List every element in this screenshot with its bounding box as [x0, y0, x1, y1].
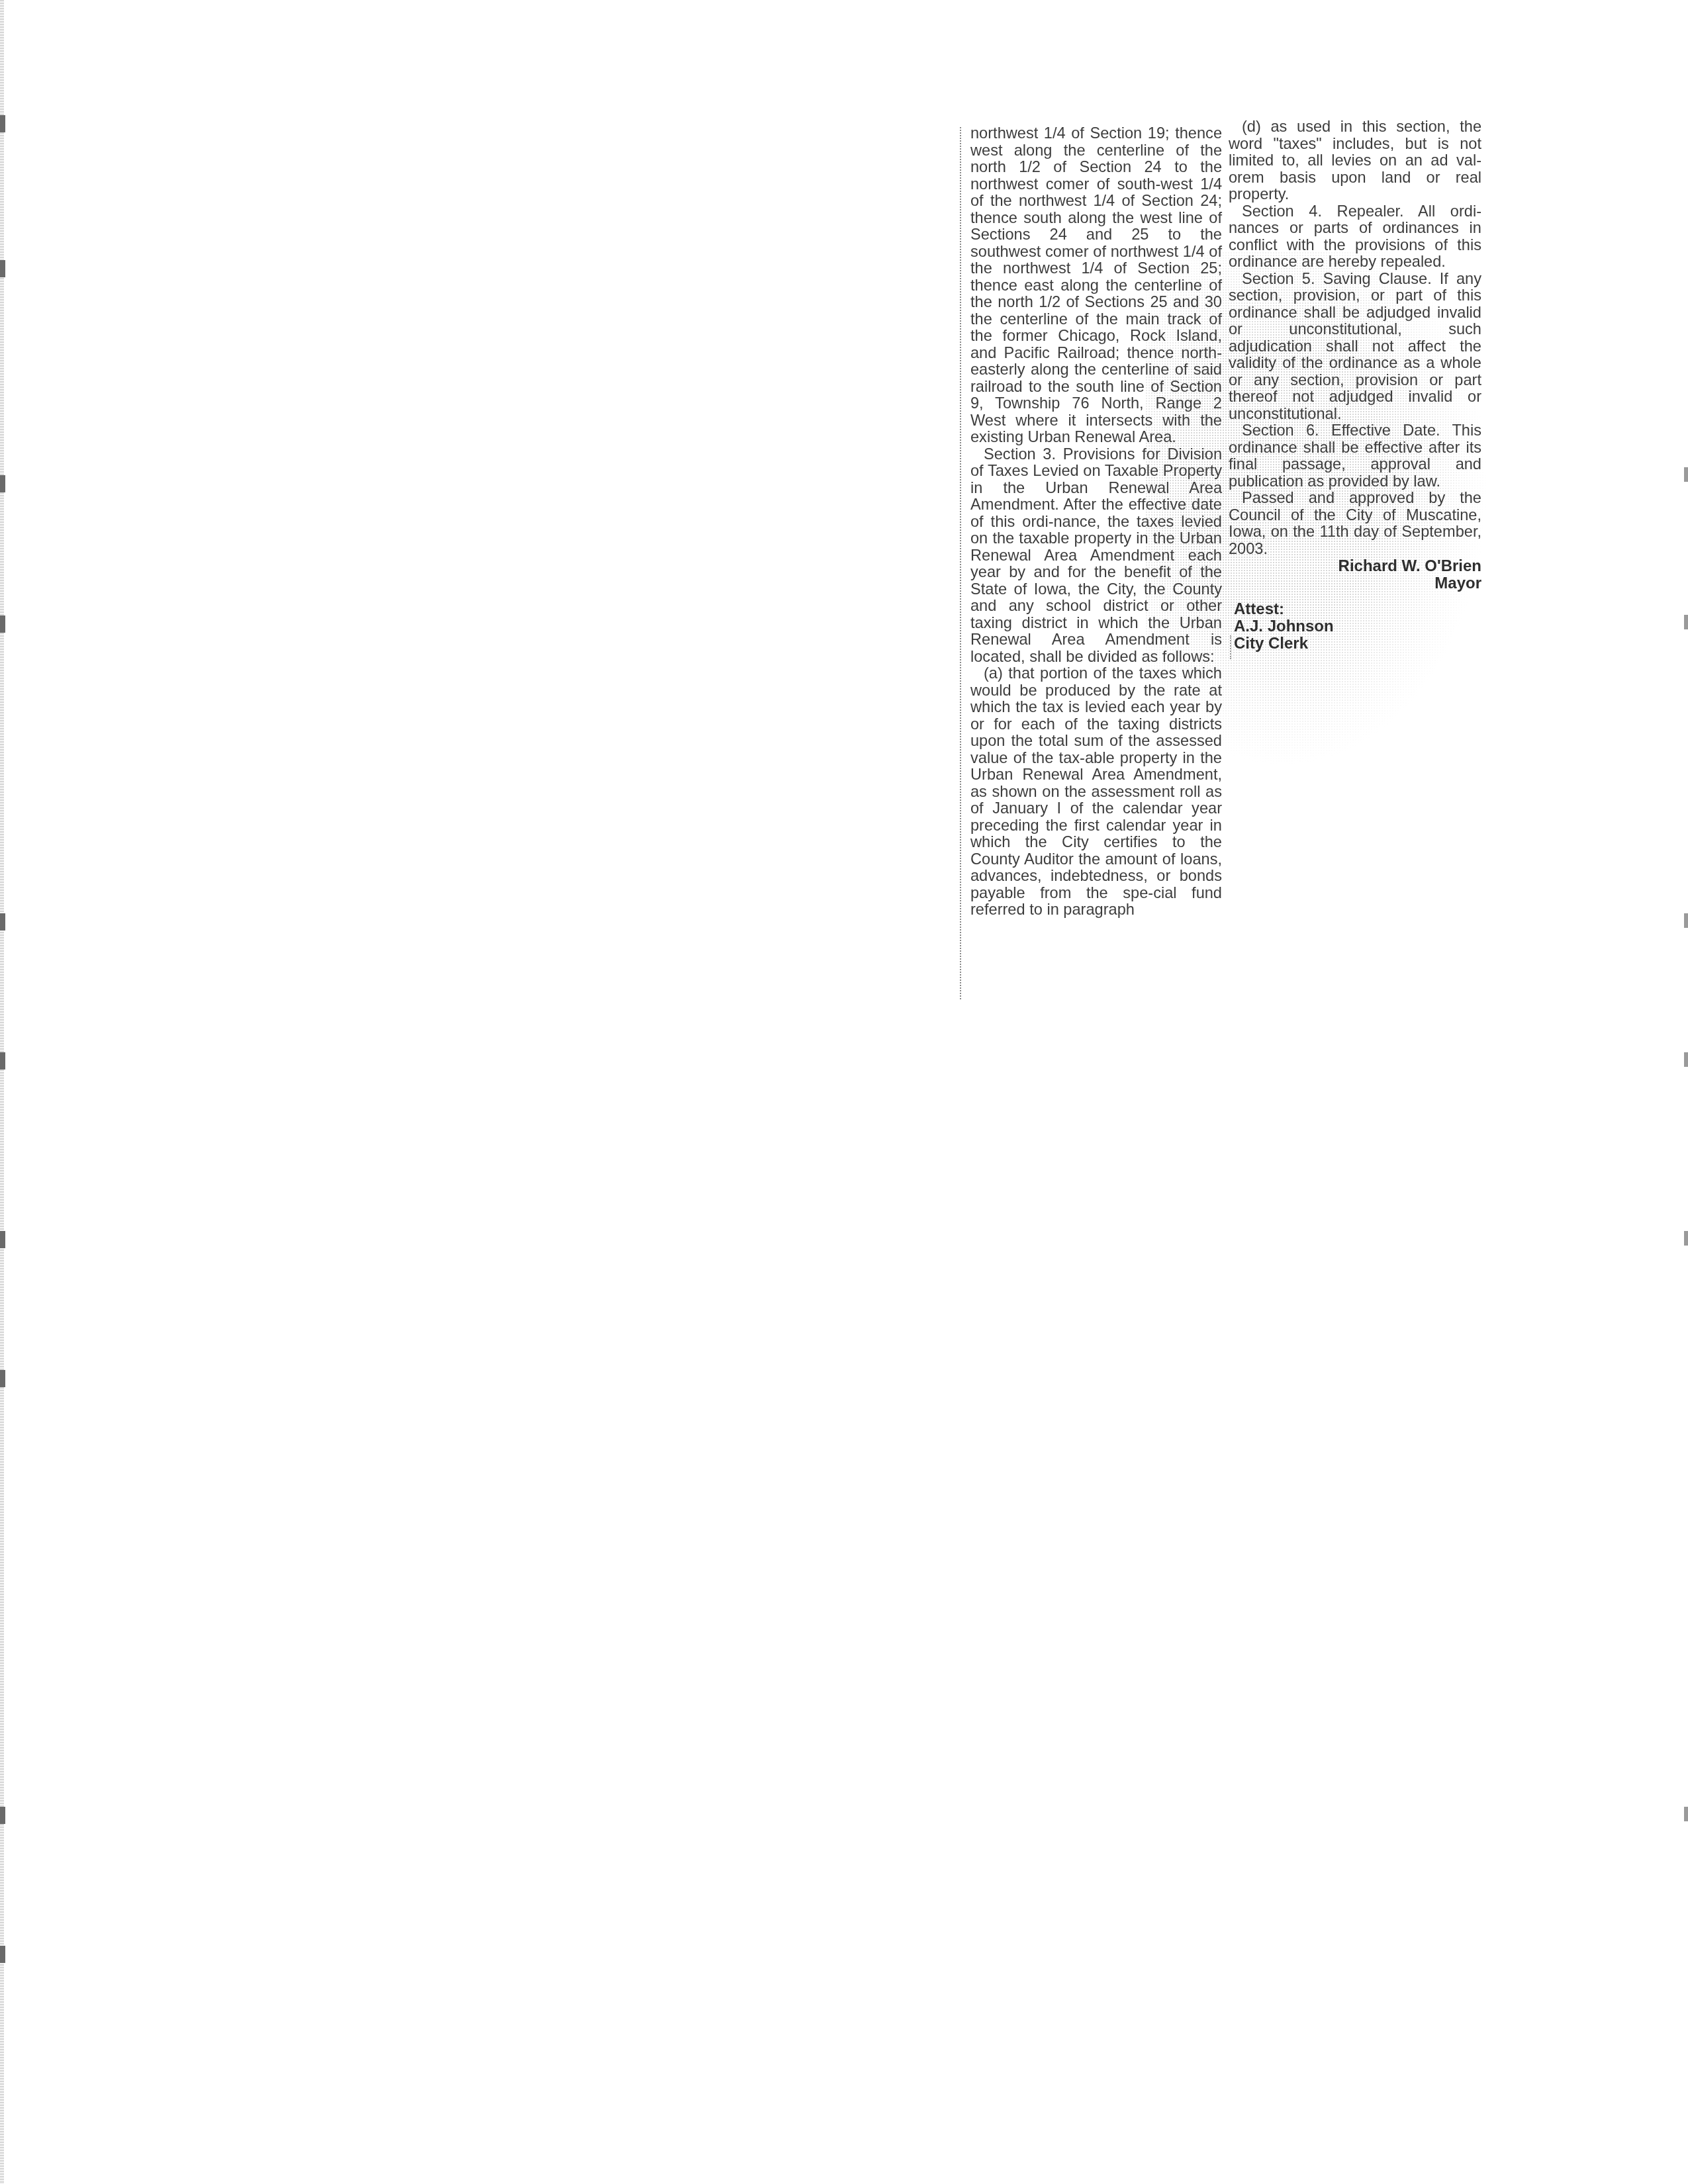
attest-block: Attest: A.J. Johnson City Clerk: [1234, 601, 1481, 653]
scan-registration-mark: [0, 1052, 5, 1069]
scan-registration-mark: [1684, 1231, 1688, 1246]
attest-label: Attest:: [1234, 601, 1481, 618]
scan-registration-mark: [0, 913, 5, 931]
scan-registration-mark: [0, 615, 5, 633]
section-5-paragraph: Section 5. Saving Clause. If any section…: [1229, 271, 1481, 424]
clerk-title: City Clerk: [1234, 635, 1481, 653]
scan-registration-mark: [0, 260, 5, 277]
legal-description-paragraph: northwest 1/4 of Section 19; thence west…: [970, 126, 1222, 447]
left-column: northwest 1/4 of Section 19; thence west…: [970, 126, 1222, 919]
scan-registration-mark: [1684, 1052, 1688, 1067]
subsection-a-paragraph: (a) that portion of the taxes which woul…: [970, 666, 1222, 919]
section-3-paragraph: Section 3. Provisions for Division of Ta…: [970, 447, 1222, 666]
scan-registration-mark: [1684, 615, 1688, 629]
mayor-title: Mayor: [1229, 575, 1481, 592]
scan-registration-mark: [0, 115, 5, 132]
newspaper-clipping: northwest 1/4 of Section 19; thence west…: [960, 119, 1489, 999]
scan-registration-mark: [0, 1231, 5, 1248]
section-6-paragraph: Section 6. Effective Date. This ordinanc…: [1229, 423, 1481, 490]
mayor-name: Richard W. O'Brien: [1229, 558, 1481, 575]
section-4-paragraph: Section 4. Repealer. All ordi-nances or …: [1229, 204, 1481, 271]
scan-registration-mark: [1684, 913, 1688, 928]
scan-registration-mark: [0, 1370, 5, 1387]
scan-registration-mark: [0, 1946, 5, 1963]
right-column: (d) as used in this section, the word "t…: [1229, 119, 1481, 653]
scan-artifact-mark: [1230, 635, 1233, 659]
clerk-name: A.J. Johnson: [1234, 618, 1481, 635]
scan-registration-mark: [0, 475, 5, 492]
scan-registration-mark: [1684, 1807, 1688, 1821]
scan-registration-mark: [0, 1807, 5, 1824]
subsection-d-paragraph: (d) as used in this section, the word "t…: [1229, 119, 1481, 204]
passage-paragraph: Passed and approved by the Council of th…: [1229, 490, 1481, 558]
scan-left-edge: [0, 0, 4, 2184]
column-rule: [960, 127, 961, 999]
scan-registration-mark: [1684, 467, 1688, 482]
